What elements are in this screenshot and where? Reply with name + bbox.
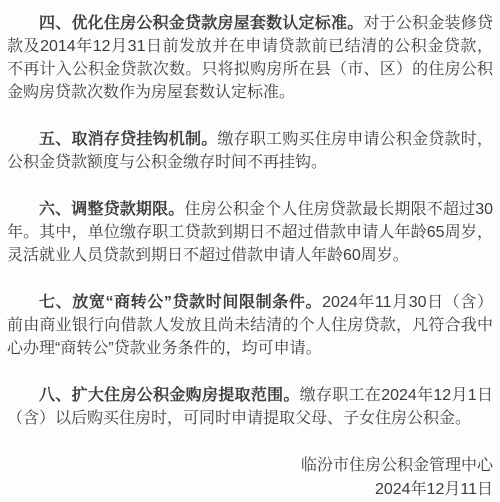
section-7-heading: 七、放宽“商转公”贷款时间限制条件。 bbox=[39, 294, 322, 311]
policy-section-5: 五、取消存贷挂钩机制。缴存职工购买住房申请公积金贷款时，公积金贷款额度与公积金缴… bbox=[7, 128, 493, 174]
signature-date: 2024年12月11日 bbox=[7, 478, 493, 502]
policy-section-7: 七、放宽“商转公”贷款时间限制条件。2024年11月30日（含）前由商业银行向借… bbox=[7, 291, 493, 360]
section-8-heading: 八、扩大住房公积金购房提取范围。 bbox=[39, 387, 300, 404]
section-5-heading: 五、取消存贷挂钩机制。 bbox=[39, 131, 217, 148]
policy-section-6: 六、调整贷款期限。住房公积金个人住房贷款最长期限不超过30年。其中，单位缴存职工… bbox=[7, 198, 493, 267]
section-6-heading: 六、调整贷款期限。 bbox=[39, 201, 184, 218]
policy-section-4: 四、优化住房公积金贷款房屋套数认定标准。对于公积金装修贷款及2014年12月31… bbox=[7, 12, 493, 104]
signature-block: 临汾市住房公积金管理中心 2024年12月11日 bbox=[7, 454, 493, 502]
policy-section-8: 八、扩大住房公积金购房提取范围。缴存职工在2024年12月1日（含）以后购买住房… bbox=[7, 384, 493, 430]
policy-notice-document: 四、优化住房公积金贷款房屋套数认定标准。对于公积金装修贷款及2014年12月31… bbox=[0, 0, 500, 502]
signature-organization: 临汾市住房公积金管理中心 bbox=[7, 454, 493, 478]
section-4-heading: 四、优化住房公积金贷款房屋套数认定标准。 bbox=[39, 15, 363, 32]
